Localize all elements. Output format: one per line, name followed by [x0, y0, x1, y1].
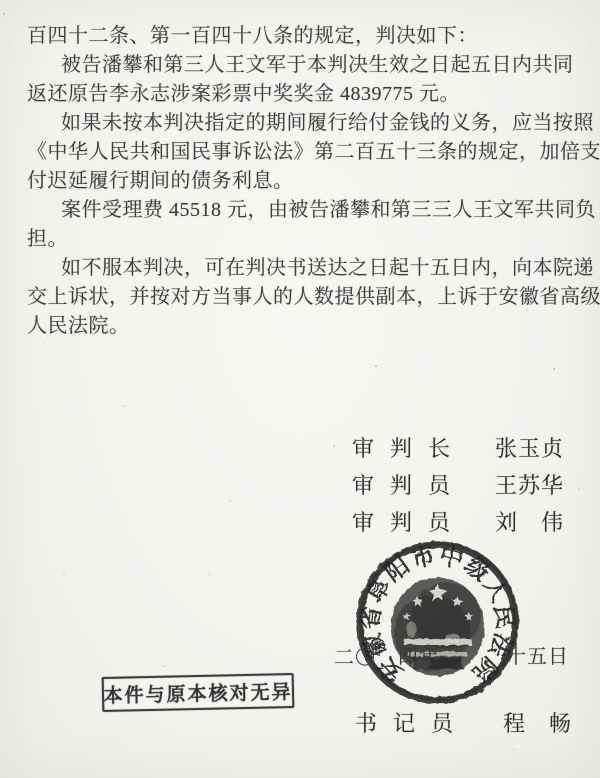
body-line: 交上诉状，并按对方当事人的人数提供副本，上诉于安徽省高级	[27, 283, 579, 312]
date-fragment: 十五日	[506, 640, 569, 669]
judge-role-label: 审判员	[352, 510, 466, 535]
signature-clerk: 书记员 程 畅	[355, 707, 469, 733]
body-line: 百四十二条、第一百四十八条的规定，判决如下：	[27, 22, 579, 51]
body-line: 被告潘攀和第三人王文军于本判决生效之日起五日内共同	[27, 51, 579, 80]
scan-noise	[3, 13, 5, 15]
judge-role-label: 审判员	[352, 473, 466, 498]
date-fragment: 二〇	[334, 641, 376, 670]
judge-name: 王苏华	[495, 469, 564, 500]
signature-judge-1: 审判员 王苏华	[352, 469, 466, 495]
judge-role-label: 审判长	[352, 436, 466, 461]
signature-judge-2: 审判员 刘 伟	[352, 506, 466, 532]
signature-presiding-judge: 审判长 张玉贞	[352, 432, 466, 458]
body-line: 人民法院。	[27, 312, 579, 341]
judgment-body: 百四十二条、第一百四十八条的规定，判决如下： 被告潘攀和第三人王文军于本判决生效…	[27, 22, 579, 341]
body-line: 案件受理费 45518 元，由被告潘攀和第三三人王文军共同负	[27, 196, 579, 225]
body-line: 《中华人民共和国民事诉讼法》第二百五十三条的规定，加倍支	[27, 138, 579, 167]
body-line: 如不服本判决，可在判决书送达之日起十五日内，向本院递	[27, 254, 579, 283]
body-line: 担。	[27, 225, 579, 254]
verification-stamp: 本件与原本核对无异	[102, 673, 295, 712]
judge-name: 刘 伟	[495, 506, 564, 537]
court-seal-icon: 安徽省阜阳市中级人民法院	[351, 536, 524, 709]
body-line: 付迟延履行期间的债务利息。	[27, 167, 579, 196]
date-fragment: 四年	[398, 640, 440, 669]
body-line: 如果未按本判决指定的期间履行给付金钱的义务，应当按照	[27, 109, 579, 138]
document-page: 百四十二条、第一百四十八条的规定，判决如下： 被告潘攀和第三人王文军于本判决生效…	[0, 0, 600, 778]
judge-name: 张玉贞	[495, 432, 564, 463]
clerk-name: 程 畅	[503, 707, 572, 738]
clerk-role-label: 书记员	[355, 711, 469, 736]
body-line: 返还原告李永志涉案彩票中奖奖金 4839775 元。	[27, 80, 579, 109]
verification-stamp-text: 本件与原本核对无异	[103, 677, 293, 708]
